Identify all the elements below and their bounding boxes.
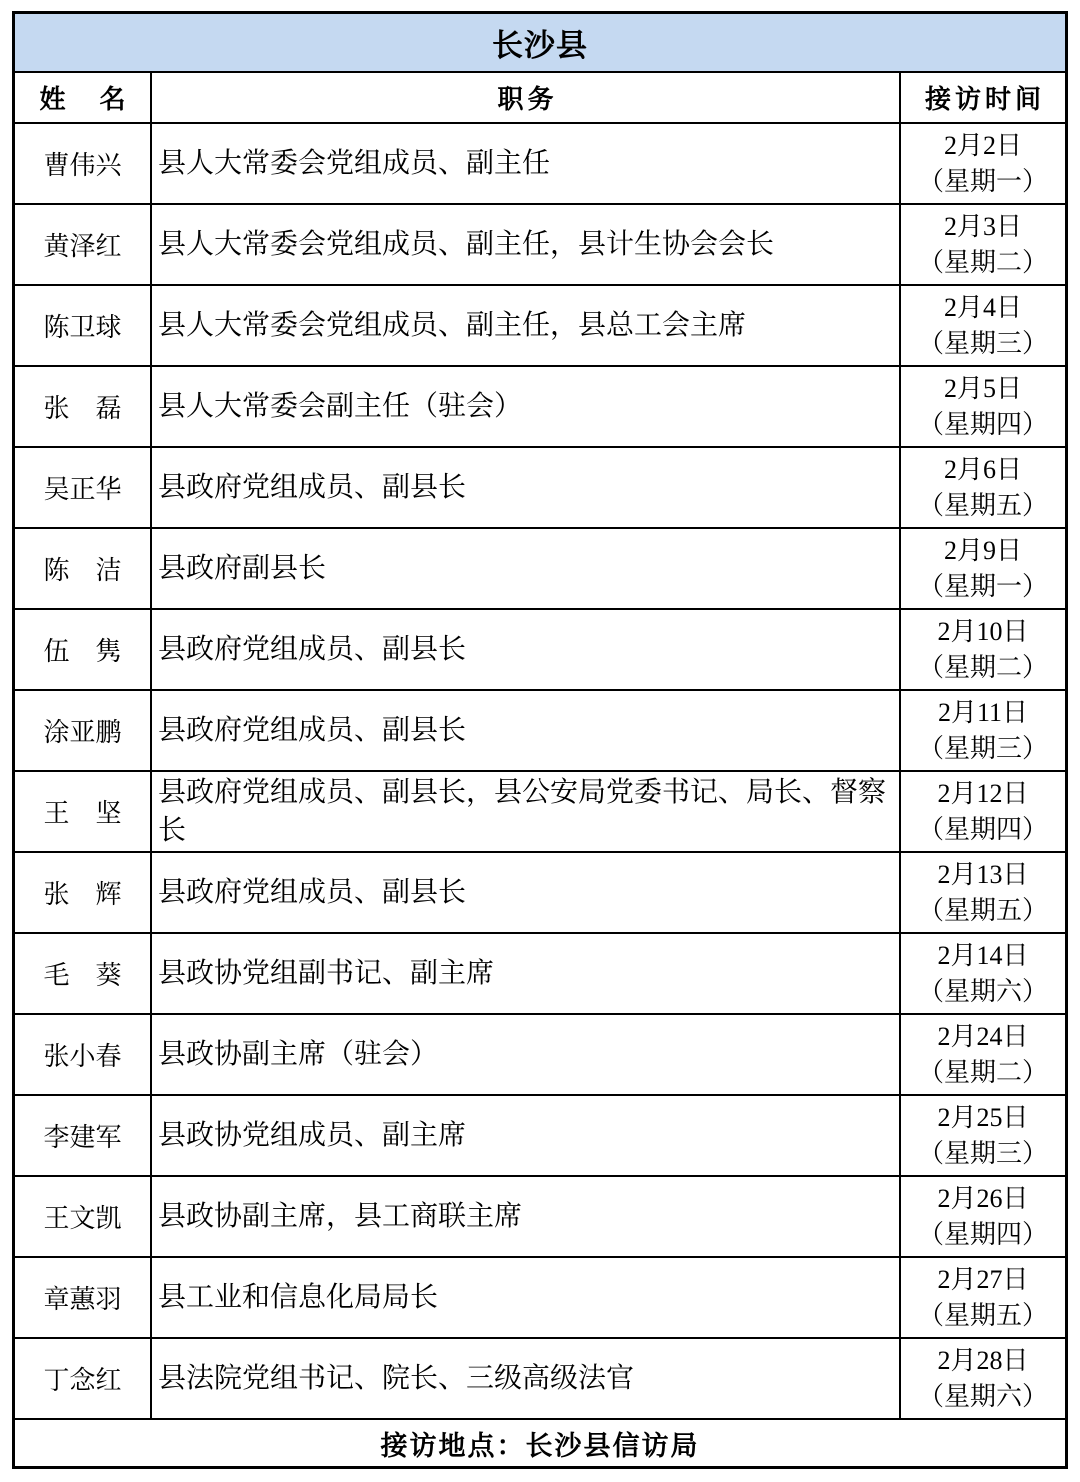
person-position: 县人大常委会党组成员、副主任，县总工会主席: [150, 286, 899, 365]
visit-weekday: （星期六）: [918, 1379, 1048, 1415]
person-name: 陈 洁: [15, 529, 150, 608]
table-row: 伍 隽 县政府党组成员、副县长 2月10日 （星期二）: [15, 608, 1065, 689]
visit-date: 2月6日: [944, 452, 1022, 488]
visit-weekday: （星期三）: [918, 731, 1048, 767]
person-position: 县政协副主席（驻会）: [150, 1015, 899, 1094]
person-name: 伍 隽: [15, 610, 150, 689]
table-title: 长沙县: [15, 14, 1065, 71]
visit-time-cell: 2月28日 （星期六）: [899, 1339, 1065, 1418]
table-footer-location: 接访地点：长沙县信访局: [15, 1418, 1065, 1466]
person-name: 黄泽红: [15, 205, 150, 284]
visit-time-cell: 2月6日 （星期五）: [899, 448, 1065, 527]
visit-date: 2月5日: [944, 371, 1022, 407]
visit-time-cell: 2月5日 （星期四）: [899, 367, 1065, 446]
person-position: 县人大常委会副主任（驻会）: [150, 367, 899, 446]
person-position: 县人大常委会党组成员、副主任: [150, 124, 899, 203]
visit-date: 2月27日: [937, 1262, 1028, 1298]
visit-date: 2月26日: [937, 1181, 1028, 1217]
visit-time-cell: 2月27日 （星期五）: [899, 1258, 1065, 1337]
visit-weekday: （星期五）: [918, 1298, 1048, 1334]
person-name: 张 磊: [15, 367, 150, 446]
person-name: 张小春: [15, 1015, 150, 1094]
visit-weekday: （星期四）: [918, 812, 1048, 848]
visit-time-cell: 2月4日 （星期三）: [899, 286, 1065, 365]
person-name: 张 辉: [15, 853, 150, 932]
person-position: 县政协党组副书记、副主席: [150, 934, 899, 1013]
column-header-time: 接访时间: [899, 73, 1065, 122]
person-name: 李建军: [15, 1096, 150, 1175]
person-name: 王 坚: [15, 772, 150, 851]
visit-date: 2月28日: [937, 1343, 1028, 1379]
visit-weekday: （星期一）: [918, 569, 1048, 605]
visit-date: 2月13日: [937, 857, 1028, 893]
person-position: 县工业和信息化局局长: [150, 1258, 899, 1337]
visit-date: 2月4日: [944, 290, 1022, 326]
visit-time-cell: 2月3日 （星期二）: [899, 205, 1065, 284]
person-position: 县政府党组成员、副县长: [150, 448, 899, 527]
visit-weekday: （星期三）: [918, 1136, 1048, 1172]
visit-time-cell: 2月14日 （星期六）: [899, 934, 1065, 1013]
person-position: 县政协党组成员、副主席: [150, 1096, 899, 1175]
visit-weekday: （星期二）: [918, 650, 1048, 686]
visit-time-cell: 2月25日 （星期三）: [899, 1096, 1065, 1175]
visit-date: 2月2日: [944, 128, 1022, 164]
visit-time-cell: 2月9日 （星期一）: [899, 529, 1065, 608]
table-row: 丁念红 县法院党组书记、院长、三级高级法官 2月28日 （星期六）: [15, 1337, 1065, 1418]
visit-weekday: （星期二）: [918, 245, 1048, 281]
column-header-name: 姓 名: [15, 73, 150, 122]
visit-date: 2月24日: [937, 1019, 1028, 1055]
visit-date: 2月12日: [937, 776, 1028, 812]
visit-date: 2月3日: [944, 209, 1022, 245]
person-position: 县政府党组成员、副县长: [150, 691, 899, 770]
person-name: 陈卫球: [15, 286, 150, 365]
table-row: 王 坚 县政府党组成员、副县长，县公安局党委书记、局长、督察长 2月12日 （星…: [15, 770, 1065, 851]
person-position: 县政府党组成员、副县长: [150, 853, 899, 932]
person-name: 章蕙羽: [15, 1258, 150, 1337]
visit-weekday: （星期四）: [918, 1217, 1048, 1253]
table-row: 曹伟兴 县人大常委会党组成员、副主任 2月2日 （星期一）: [15, 122, 1065, 203]
person-position: 县人大常委会党组成员、副主任，县计生协会会长: [150, 205, 899, 284]
person-position: 县政协副主席，县工商联主席: [150, 1177, 899, 1256]
visit-time-cell: 2月24日 （星期二）: [899, 1015, 1065, 1094]
table-header-row: 姓 名 职务 接访时间: [15, 71, 1065, 122]
table-row: 张 辉 县政府党组成员、副县长 2月13日 （星期五）: [15, 851, 1065, 932]
table-row: 章蕙羽 县工业和信息化局局长 2月27日 （星期五）: [15, 1256, 1065, 1337]
column-header-position: 职务: [150, 73, 899, 122]
visit-time-cell: 2月2日 （星期一）: [899, 124, 1065, 203]
person-position: 县法院党组书记、院长、三级高级法官: [150, 1339, 899, 1418]
table-row: 毛 葵 县政协党组副书记、副主席 2月14日 （星期六）: [15, 932, 1065, 1013]
person-name: 王文凯: [15, 1177, 150, 1256]
visit-time-cell: 2月26日 （星期四）: [899, 1177, 1065, 1256]
visit-weekday: （星期五）: [918, 488, 1048, 524]
person-position: 县政府党组成员、副县长，县公安局党委书记、局长、督察长: [150, 772, 899, 851]
table-row: 涂亚鹏 县政府党组成员、副县长 2月11日 （星期三）: [15, 689, 1065, 770]
person-name: 涂亚鹏: [15, 691, 150, 770]
table-row: 陈卫球 县人大常委会党组成员、副主任，县总工会主席 2月4日 （星期三）: [15, 284, 1065, 365]
person-name: 丁念红: [15, 1339, 150, 1418]
person-name: 毛 葵: [15, 934, 150, 1013]
visit-time-cell: 2月13日 （星期五）: [899, 853, 1065, 932]
visit-weekday: （星期五）: [918, 893, 1048, 929]
visit-date: 2月10日: [937, 614, 1028, 650]
table-row: 黄泽红 县人大常委会党组成员、副主任，县计生协会会长 2月3日 （星期二）: [15, 203, 1065, 284]
table-body: 曹伟兴 县人大常委会党组成员、副主任 2月2日 （星期一） 黄泽红 县人大常委会…: [15, 122, 1065, 1418]
person-position: 县政府党组成员、副县长: [150, 610, 899, 689]
visit-date: 2月14日: [937, 938, 1028, 974]
visit-time-cell: 2月10日 （星期二）: [899, 610, 1065, 689]
visit-date: 2月11日: [938, 695, 1028, 731]
table-row: 王文凯 县政协副主席，县工商联主席 2月26日 （星期四）: [15, 1175, 1065, 1256]
visit-time-cell: 2月11日 （星期三）: [899, 691, 1065, 770]
visit-weekday: （星期三）: [918, 326, 1048, 362]
table-row: 张 磊 县人大常委会副主任（驻会） 2月5日 （星期四）: [15, 365, 1065, 446]
visit-weekday: （星期四）: [918, 407, 1048, 443]
visit-time-cell: 2月12日 （星期四）: [899, 772, 1065, 851]
person-position: 县政府副县长: [150, 529, 899, 608]
table-row: 张小春 县政协副主席（驻会） 2月24日 （星期二）: [15, 1013, 1065, 1094]
visit-weekday: （星期二）: [918, 1055, 1048, 1091]
person-name: 吴正华: [15, 448, 150, 527]
table-row: 李建军 县政协党组成员、副主席 2月25日 （星期三）: [15, 1094, 1065, 1175]
table-row: 吴正华 县政府党组成员、副县长 2月6日 （星期五）: [15, 446, 1065, 527]
person-name: 曹伟兴: [15, 124, 150, 203]
visit-date: 2月9日: [944, 533, 1022, 569]
visit-schedule-table: 长沙县 姓 名 职务 接访时间 曹伟兴 县人大常委会党组成员、副主任 2月2日 …: [12, 11, 1068, 1469]
visit-weekday: （星期六）: [918, 974, 1048, 1010]
visit-date: 2月25日: [937, 1100, 1028, 1136]
visit-weekday: （星期一）: [918, 164, 1048, 200]
table-row: 陈 洁 县政府副县长 2月9日 （星期一）: [15, 527, 1065, 608]
